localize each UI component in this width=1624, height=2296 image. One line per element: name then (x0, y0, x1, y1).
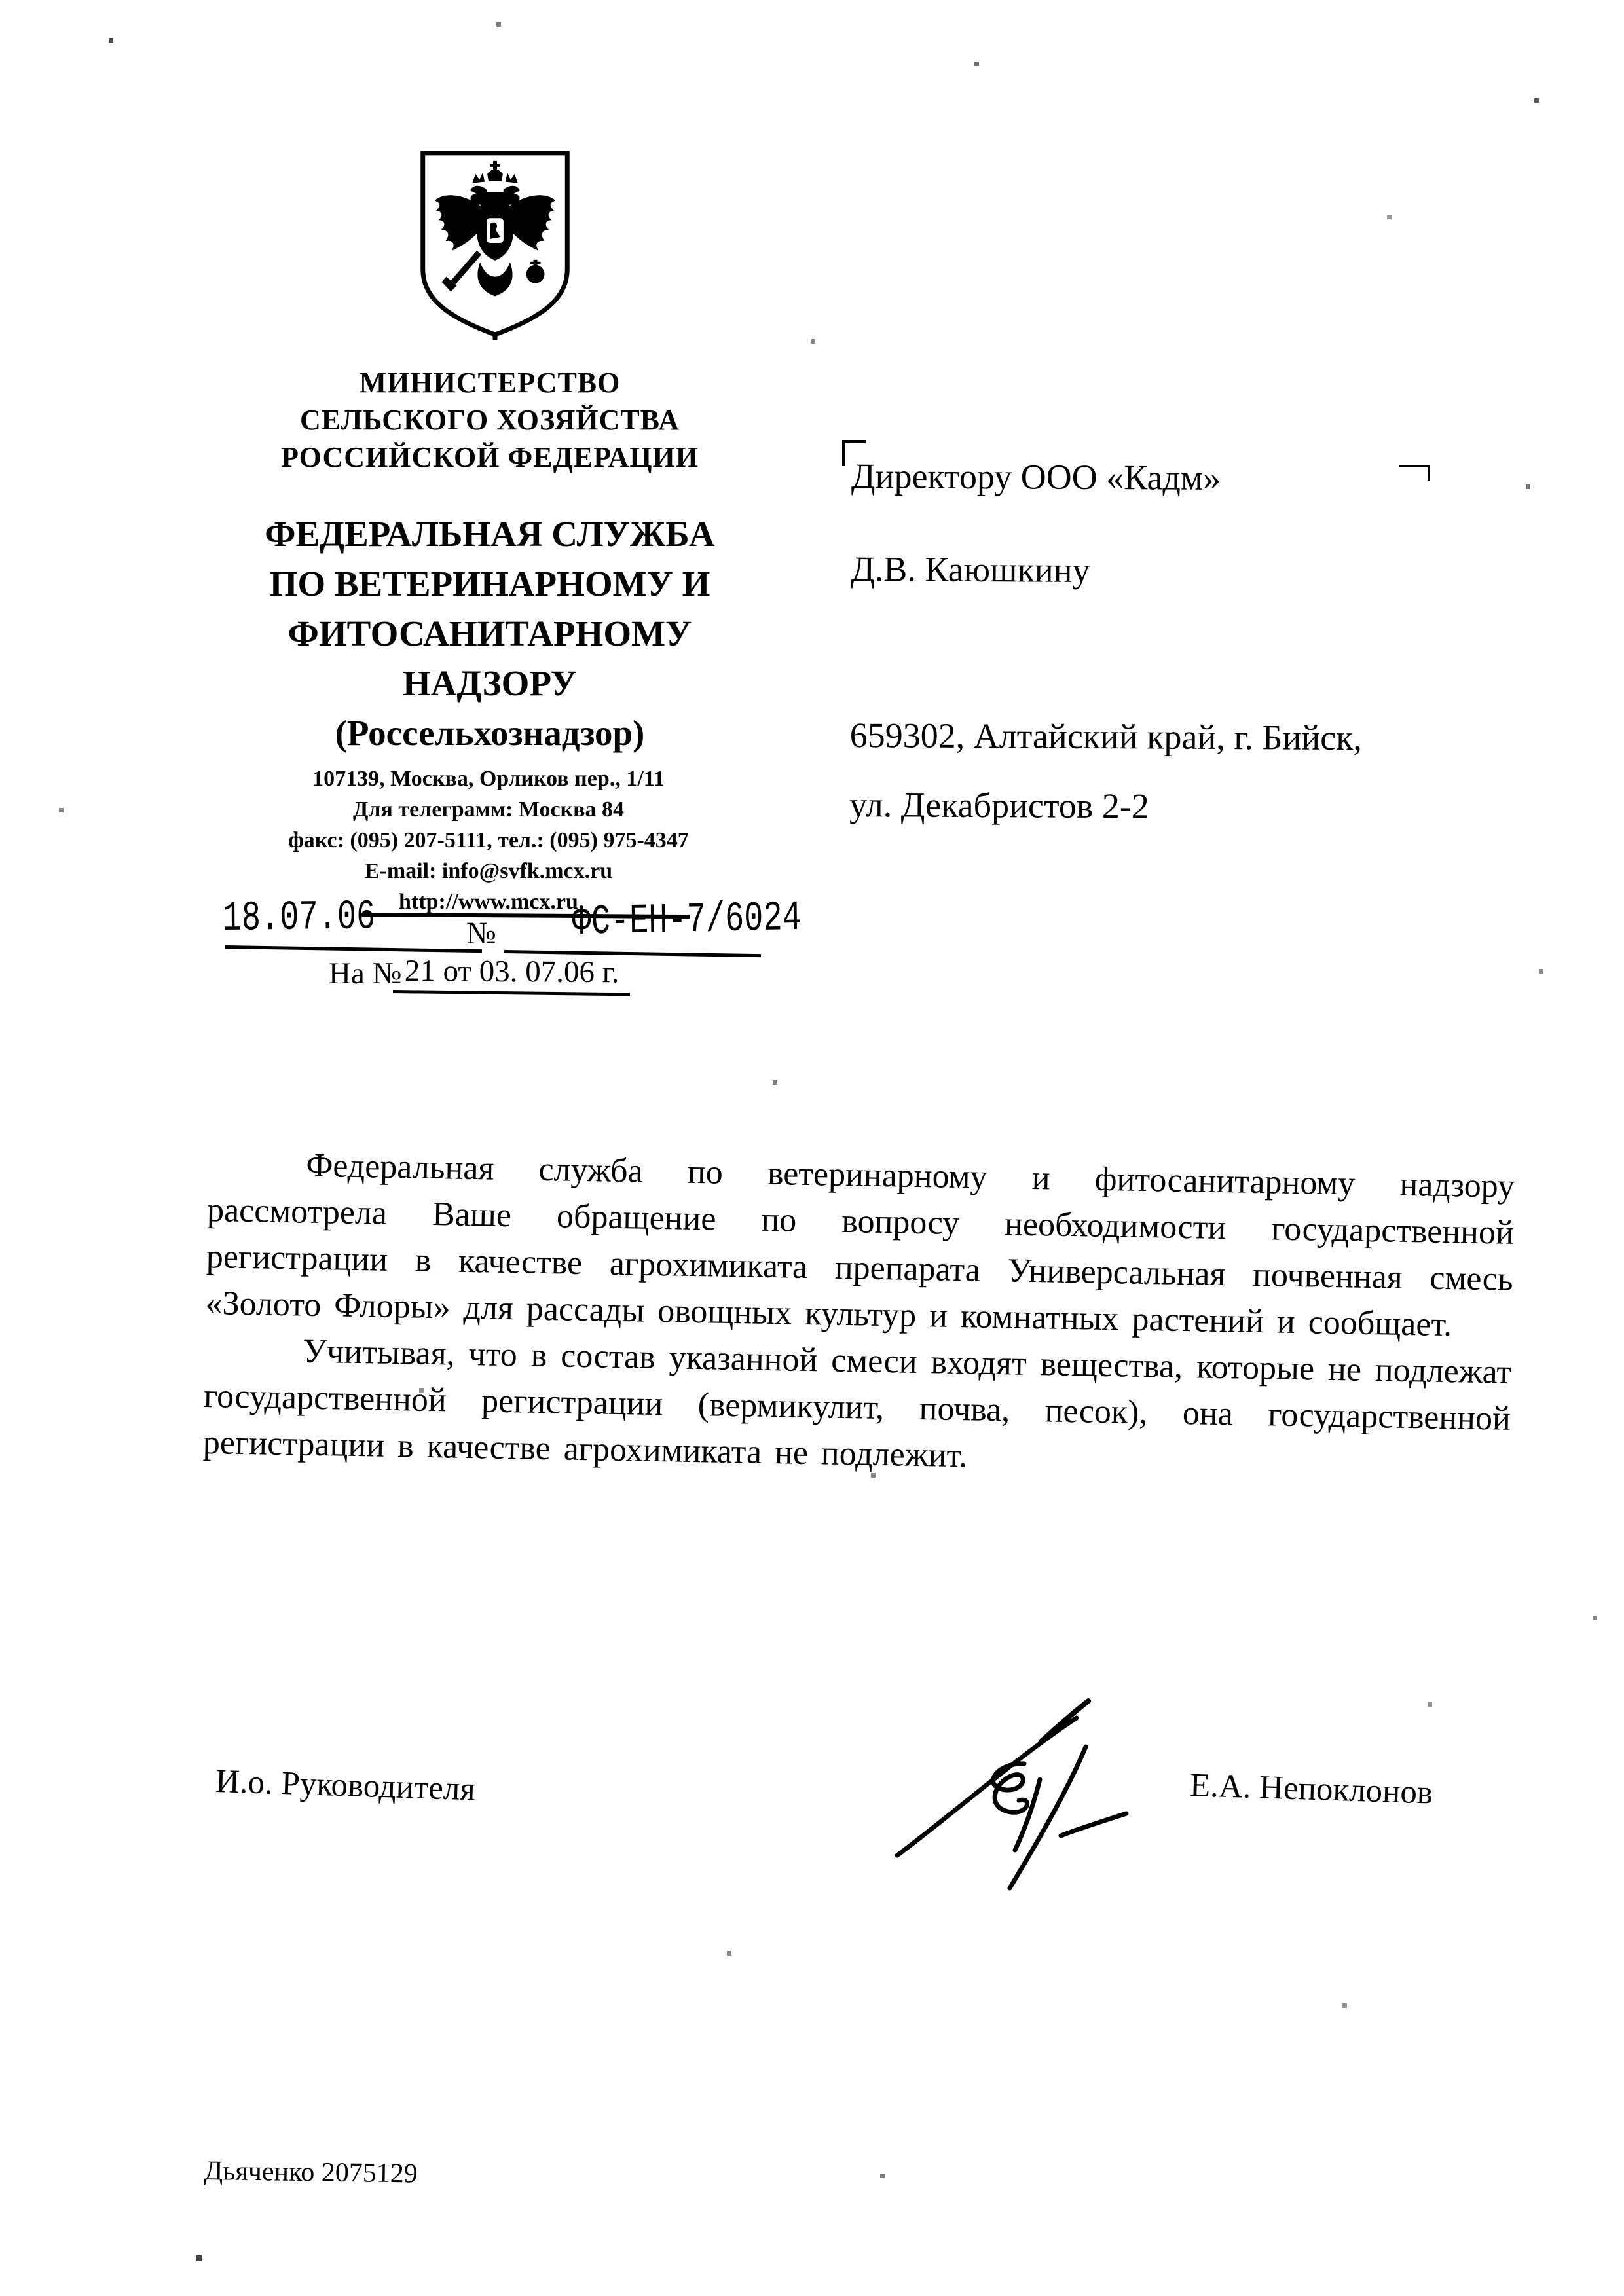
federal-service-name: ФЕДЕРАЛЬНАЯ СЛУЖБА ПО ВЕТЕРИНАРНОМУ И ФИ… (241, 509, 739, 758)
signer-name: Е.А. Непоклонов (1189, 1766, 1433, 1812)
service-line: ФЕДЕРАЛЬНАЯ СЛУЖБА (241, 509, 739, 559)
telegram-address: Для телеграмм: Москва 84 (202, 794, 775, 825)
body-paragraph: Учитывая, что в состав указанной смеси в… (202, 1326, 1511, 1489)
service-line: ФИТОСАНИТАРНОМУ (241, 609, 739, 659)
incoming-ref-value: 21 от 03. 07.06 г. (405, 953, 619, 990)
recipient-title: Директору ООО «Кадм» (851, 456, 1221, 498)
executor-line: Дьяченко 2075129 (204, 2155, 418, 2190)
contact-block: 107139, Москва, Орликов пер., 1/11 Для т… (202, 763, 775, 917)
signer-position-title: И.о. Руководителя (215, 1762, 476, 1808)
recipient-address-line: ул. Декабристов 2-2 (849, 784, 1149, 826)
incoming-ref-label: На № (329, 956, 401, 991)
letter-body: Федеральная служба по ветеринарному и фи… (202, 1140, 1515, 1489)
corner-mark-right (1399, 465, 1430, 481)
service-line: НАДЗОРУ (241, 659, 739, 708)
email: E-mail: info@svfk.mcx.ru (202, 856, 775, 886)
double-headed-eagle (435, 161, 556, 297)
postal-address: 107139, Москва, Орликов пер., 1/11 (202, 763, 775, 794)
service-line: ПО ВЕТЕРИНАРНОМУ И (241, 559, 739, 609)
ministry-line: МИНИСТЕРСТВО (255, 364, 724, 401)
outgoing-number-stamp: ФС-ЕН-7/6024 (572, 895, 802, 947)
number-sign: № (466, 915, 496, 951)
date-underline (225, 945, 482, 953)
service-short-name: (Россельхознадзор) (241, 708, 739, 758)
scan-noise (0, 0, 2, 2)
recipient-block: Директору ООО «Кадм» Д.В. Каюшкину 65930… (851, 452, 1480, 455)
handwritten-signature (885, 1684, 1154, 1900)
letter-document-page: МИНИСТЕРСТВО СЕЛЬСКОГО ХОЗЯЙСТВА РОССИЙС… (0, 0, 1624, 2296)
incoming-ref-underline (393, 990, 630, 996)
ministry-line: РОССИЙСКОЙ ФЕДЕРАЦИИ (255, 439, 724, 476)
ministry-name: МИНИСТЕРСТВО СЕЛЬСКОГО ХОЗЯЙСТВА РОССИЙС… (255, 364, 724, 476)
body-paragraph: Федеральная служба по ветеринарному и фи… (205, 1140, 1515, 1349)
recipient-address-line: 659302, Алтайский край, г. Бийск, (850, 715, 1363, 758)
ministry-line: СЕЛЬСКОГО ХОЗЯЙСТВА (255, 401, 724, 439)
recipient-name: Д.В. Каюшкину (851, 549, 1090, 591)
fax-phone: факс: (095) 207-5111, тел.: (095) 975-43… (202, 825, 775, 856)
outgoing-date-stamp: 18.07.06 (223, 894, 376, 943)
coat-of-arms-icon (413, 145, 578, 340)
